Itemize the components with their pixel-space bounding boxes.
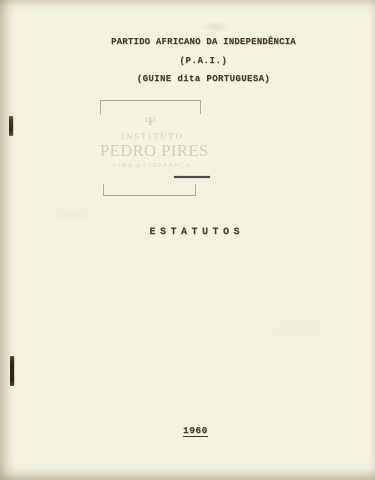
watermark-pedro-pires-label: PEDRO PIRES [100, 141, 201, 161]
watermark-tagline-label: PARA A LIDERANÇA [100, 163, 202, 169]
margin-mark-top [9, 116, 13, 136]
title-line-party: PARTIDO AFRICANO DA INDEPENDÊNCIA [16, 37, 375, 47]
title-line-region: (GUINE dita PORTUGUESA) [16, 74, 375, 84]
estatutos-heading: ESTATUTOS [145, 227, 244, 238]
watermark-frame-top [100, 100, 201, 114]
pedro-pires-monogram-icon: PP [100, 114, 201, 129]
watermark-frame-bottom [103, 184, 196, 196]
monogram-mirrored-letter: P [145, 114, 152, 129]
scanned-document-page: PARTIDO AFRICANO DA INDEPENDÊNCIA (P.A.I… [0, 0, 375, 480]
title-line-acronym: (P.A.I.) [16, 56, 375, 66]
margin-mark-bottom [10, 356, 14, 386]
ink-dash-mark [174, 176, 210, 178]
instituto-pedro-pires-watermark: PP INSTITUTO PEDRO PIRES PARA A LIDERANÇ… [100, 100, 201, 196]
watermark-instituto-label: INSTITUTO [100, 131, 203, 141]
estatutos-heading-row: ESTATUTOS [7, 221, 375, 239]
year-label: 1960 [183, 425, 208, 437]
